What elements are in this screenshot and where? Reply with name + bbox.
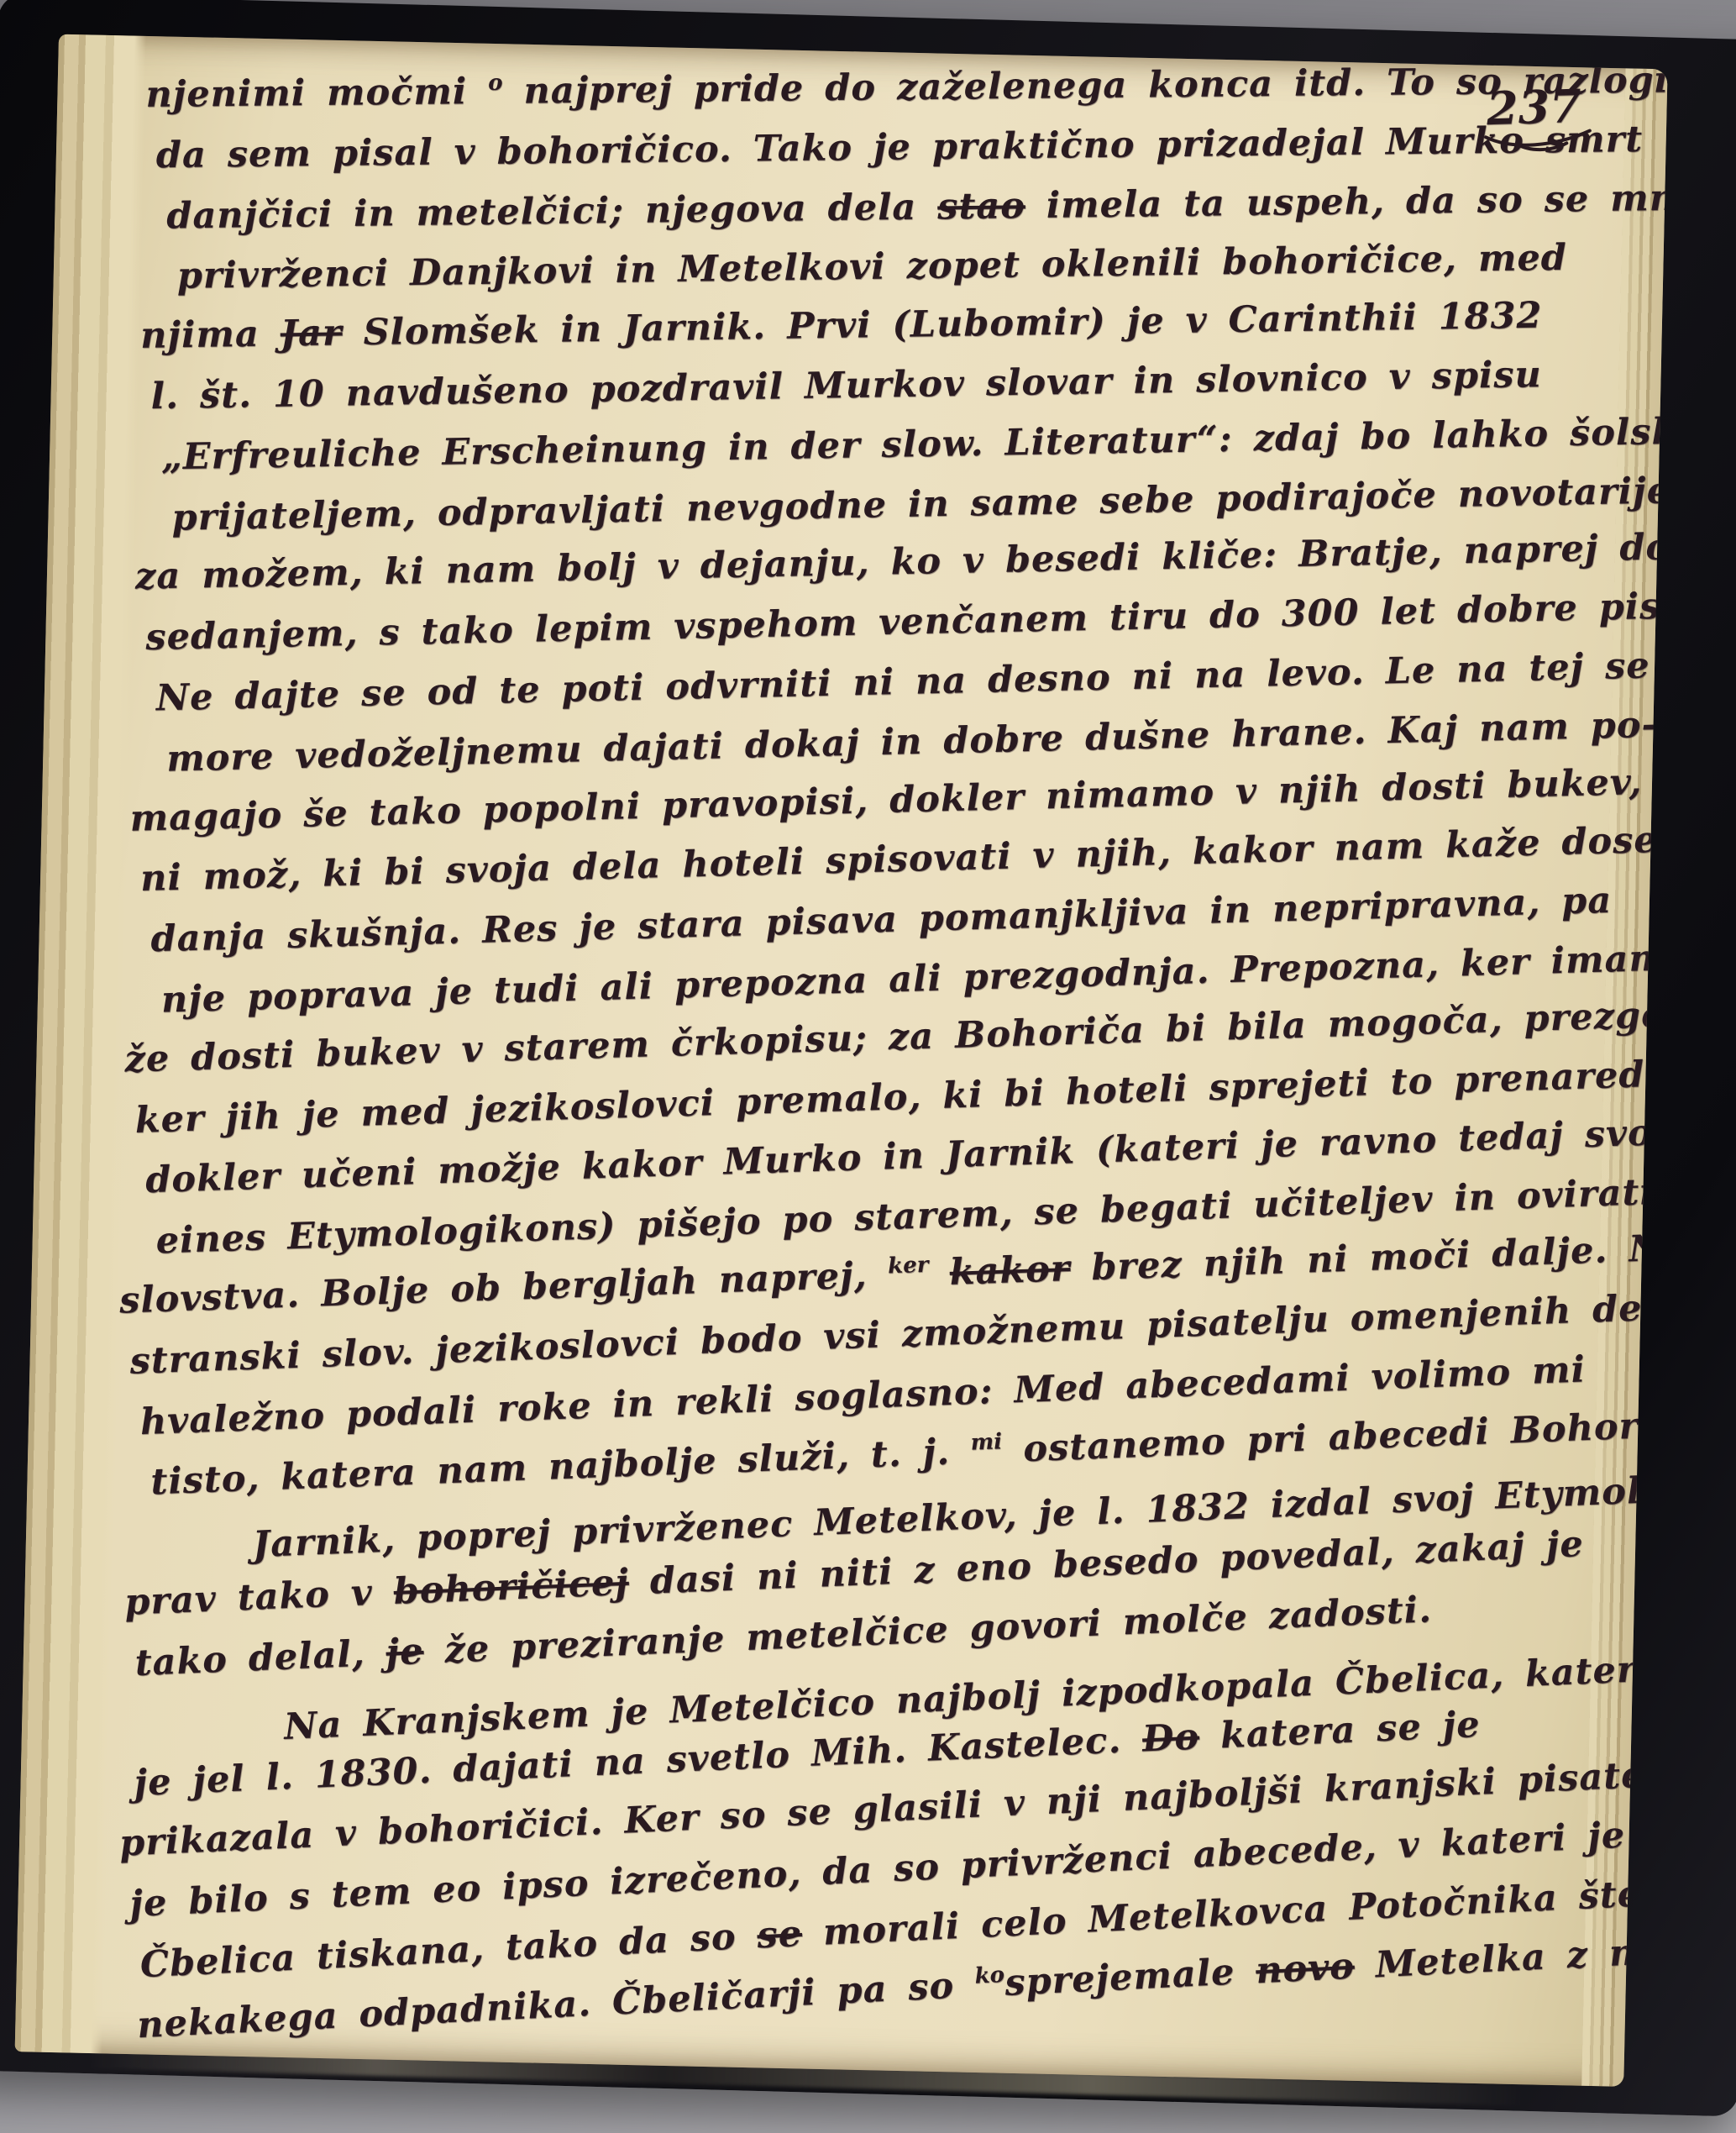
manuscript-line: za možem, ki nam bolj v dejanju, ko v be… xyxy=(134,525,1667,598)
manuscript-line: prijateljem, odpravljati nevgodne in sam… xyxy=(171,465,1668,539)
manuscript-line: privrženci Danjkovi in Metelkovi zopet o… xyxy=(176,237,1567,297)
manuscript-line: l. št. 10 navdušeno pozdravil Murkov slo… xyxy=(150,354,1542,418)
manuscript-line: sedanjem, s tako lepim vspehom venčanem … xyxy=(145,584,1668,659)
manuscript-line: da sem pisal v bohoričico. Tako je prakt… xyxy=(156,118,1644,176)
manuscript-line: danjčici in metelčici; njegova dela stao… xyxy=(166,176,1668,238)
manuscript-line: „Erfreuliche Erscheinung in der slow. Li… xyxy=(161,410,1668,479)
manuscript-line: njima Jar Slomšek in Jarnik. Prvi (Lubom… xyxy=(140,295,1543,357)
manuscript-line: njenimi močmi o najprej pride do zaželen… xyxy=(145,59,1667,116)
manuscript-lines: njenimi močmi o najprej pride do zaželen… xyxy=(15,34,1668,2087)
manuscript-page: 237 njenimi močmi o najprej pride do zaž… xyxy=(15,34,1668,2087)
manuscript-line: Ne dajte se od te poti odvrniti ni na de… xyxy=(155,645,1650,720)
